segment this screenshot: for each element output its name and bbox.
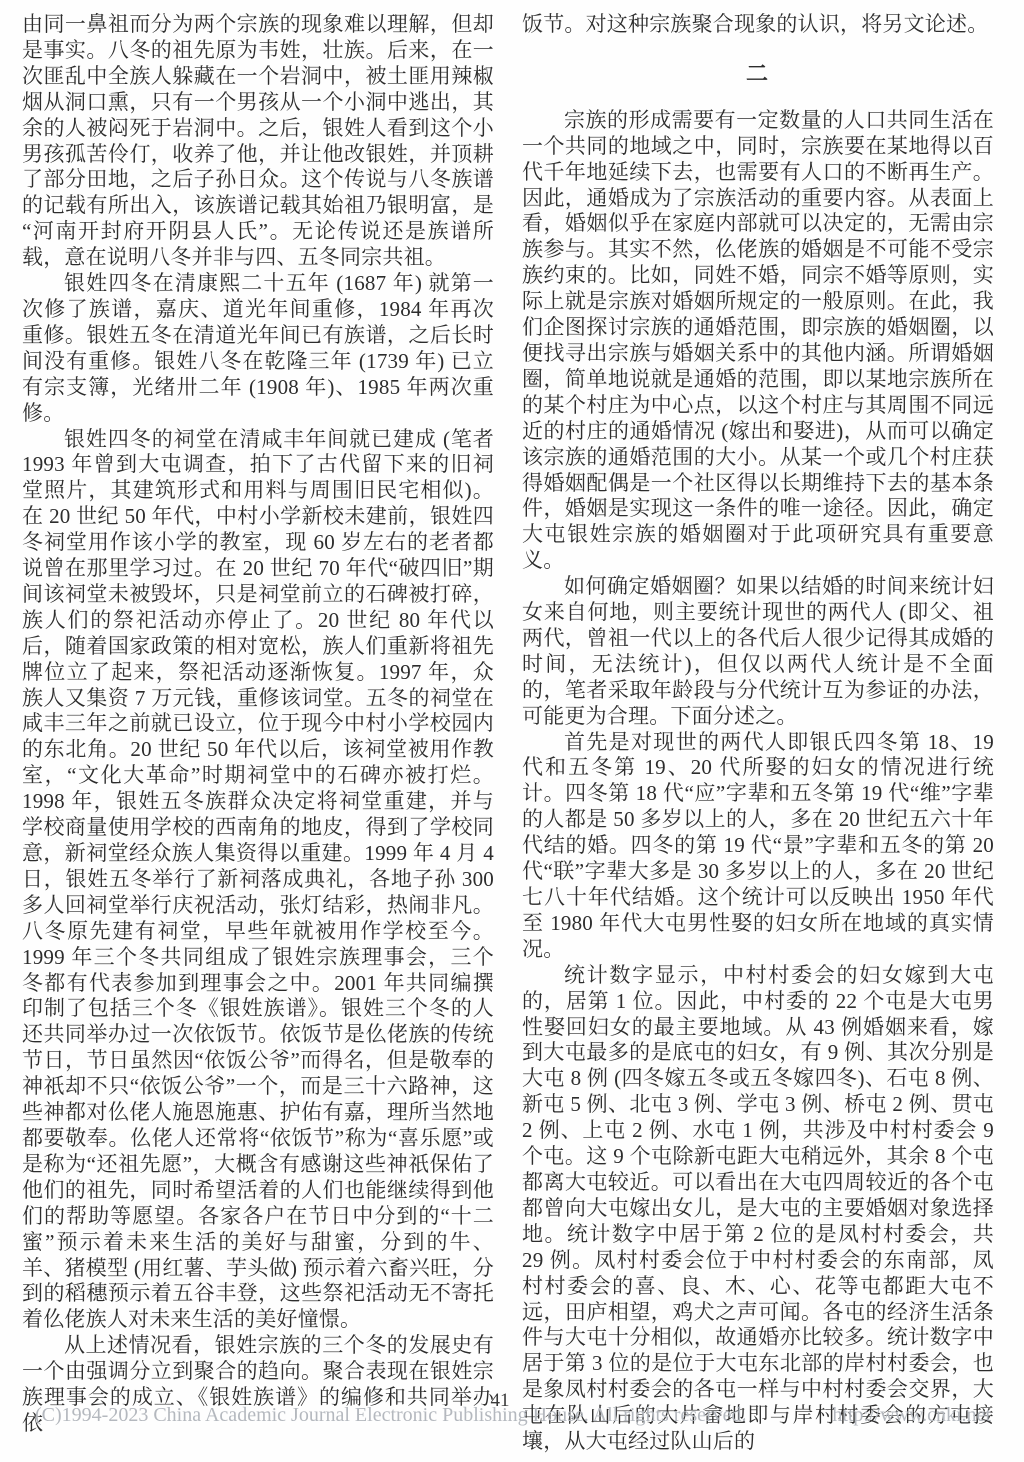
text-columns: 由同一鼻祖而分为两个宗族的现象难以理解，但却是事实。八冬的祖先原为韦姓，壮族。后… [22, 12, 994, 1455]
paragraph: 银姓四冬的祠堂在清咸丰年间就已建成 (笔者 1993 年曾到大屯调查，拍下了古代… [22, 427, 494, 1334]
right-column-bottom: 宗族的形成需要有一定数量的人口共同生活在一个共同的地域之中，同时，宗族要在某地得… [522, 108, 994, 1455]
paragraph: 统计数字显示，中村村委会的妇女嫁到大屯的，居第 1 位。因此，中村委的 22 个… [522, 963, 994, 1455]
paragraph: 饭节。对这种宗族聚合现象的认识，将另文论述。 [522, 12, 994, 38]
footer-url: http://www.cnki.net [832, 1404, 991, 1427]
paragraph: 银姓四冬在清康熙二十五年 (1687 年) 就第一次修了族谱，嘉庆、道光年间重修… [22, 271, 494, 426]
right-column: 饭节。对这种宗族聚合现象的认识，将另文论述。 二 宗族的形成需要有一定数量的人口… [522, 12, 994, 1455]
paragraph: 如何确定婚姻圈？如果以结婚的时间来统计妇女来自何地，则主要统计现世的两代人 (即… [522, 574, 994, 729]
document-page: 由同一鼻祖而分为两个宗族的现象难以理解，但却是事实。八冬的祖先原为韦姓，壮族。后… [0, 0, 1024, 1462]
left-column: 由同一鼻祖而分为两个宗族的现象难以理解，但却是事实。八冬的祖先原为韦姓，壮族。后… [22, 12, 494, 1455]
paragraph: 首先是对现世的两代人即银氏四冬第 18、19 代和五冬第 19、20 代所娶的妇… [522, 730, 994, 963]
paragraph: 由同一鼻祖而分为两个宗族的现象难以理解，但却是事实。八冬的祖先原为韦姓，壮族。后… [22, 12, 494, 271]
section-heading: 二 [522, 61, 994, 87]
paragraph: 宗族的形成需要有一定数量的人口共同生活在一个共同的地域之中，同时，宗族要在某地得… [522, 108, 994, 574]
copyright-text: (C)1994-2023 China Academic Journal Elec… [35, 1404, 747, 1427]
right-column-top: 饭节。对这种宗族聚合现象的认识，将另文论述。 [522, 12, 994, 38]
copyright-footer: (C)1994-2023 China Academic Journal Elec… [35, 1404, 991, 1427]
